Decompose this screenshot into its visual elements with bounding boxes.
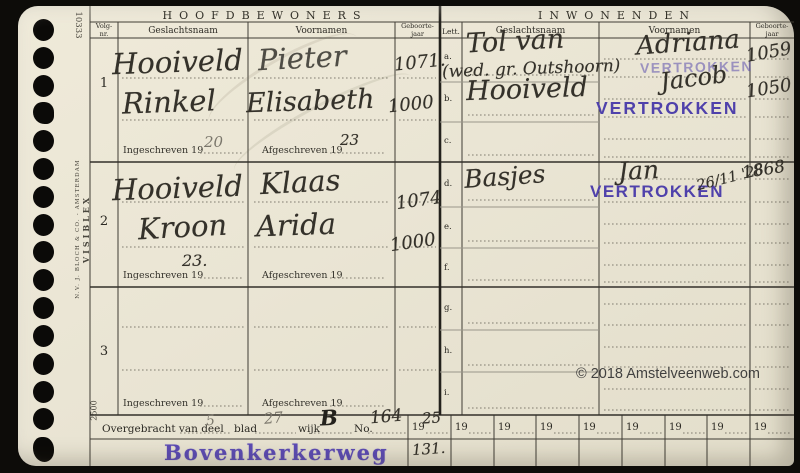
firstname-entry: Arida	[256, 210, 337, 242]
year-cell-prefix: 19	[711, 422, 724, 433]
afgeschreven-label: Afgeschreven 19	[262, 270, 343, 281]
birthyear-entry: 1000	[387, 94, 434, 117]
column-header-lett: Lett.	[439, 27, 463, 36]
year-cell-prefix: 19	[583, 422, 596, 433]
surname-entry: Basjes	[463, 161, 546, 192]
letter-label: h.	[444, 346, 452, 356]
afgeschreven-label: Afgeschreven 19	[262, 145, 343, 156]
surname-entry: Hooiveld	[112, 46, 244, 80]
blad-label: blad	[234, 423, 257, 435]
ingeschreven-year-entry: 23.	[182, 253, 207, 269]
surname-entry: Tol van	[465, 25, 564, 57]
surname-entry: Kroon	[137, 211, 228, 245]
column-header-geboortejaar: Geboorte-jaar	[395, 23, 440, 38]
year-cell-prefix: 19	[754, 422, 767, 433]
no-entry: 164	[369, 408, 403, 428]
firstname-entry: Jan	[617, 157, 659, 184]
section-title-inwonenden: INWONENDEN	[440, 9, 794, 22]
letter-label: f.	[444, 263, 450, 273]
ingeschreven-label: Ingeschreven 19	[123, 270, 203, 281]
wijk-label: wijk	[298, 423, 320, 435]
letter-label: c.	[444, 136, 451, 146]
ingeschreven-label: Ingeschreven 19	[123, 398, 203, 409]
ingeschreven-year-entry: 20	[204, 135, 223, 150]
street-name-stamp: Bovenkerkerweg	[164, 440, 389, 465]
surname-entry: Hooiveld	[466, 74, 589, 105]
letter-label: e.	[444, 222, 452, 232]
vertrokken-stamp: VERTROKKEN	[596, 100, 739, 118]
column-header-voornamen: Voornamen	[248, 26, 395, 36]
registration-card: 10333 N.V. J. BLOCH & CO. - AMSTERDAM VI…	[18, 6, 794, 466]
year-cell-prefix: 19	[498, 422, 511, 433]
letter-label: i.	[444, 388, 449, 398]
firstname-entry: Pieter	[257, 42, 347, 76]
afgeschreven-year-entry: 23	[340, 133, 359, 148]
year-cell-prefix: 19	[455, 422, 468, 433]
column-header-geboortejaar-inwonenden: Geboorte-jaar	[750, 23, 794, 38]
year-cell-prefix: 19	[626, 422, 639, 433]
column-header-volgnr: Volg-nr.	[90, 23, 118, 38]
row-number: 2	[90, 214, 118, 229]
copyright-watermark: © 2018 Amstelveenweb.com	[576, 366, 760, 382]
firstname-entry: Klaas	[259, 166, 341, 199]
wijk-entry: B	[319, 407, 338, 429]
house-number-entry: 131.	[412, 441, 446, 458]
letter-label: a.	[444, 52, 452, 62]
year-entry: 25	[422, 410, 442, 426]
surname-entry: Rinkel	[122, 86, 217, 118]
year-cell-prefix: 19	[669, 422, 682, 433]
letter-label: g.	[444, 303, 452, 313]
blad-entry: 27	[263, 410, 283, 427]
row-number: 3	[90, 344, 118, 359]
year-cell-prefix: 19	[540, 422, 553, 433]
letter-label: b.	[444, 94, 452, 104]
letter-label: d.	[444, 179, 452, 189]
ingeschreven-label: Ingeschreven 19	[123, 145, 203, 156]
scanned-register-card-photo: 10333 N.V. J. BLOCH & CO. - AMSTERDAM VI…	[0, 0, 800, 473]
firstname-entry: Adriana	[635, 26, 740, 59]
section-title-hoofdbewoners: HOOFDBEWONERS	[90, 9, 440, 22]
deel-entry: 5	[205, 414, 215, 429]
column-header-geslachtsnaam: Geslachtsnaam	[118, 26, 248, 36]
firstname-entry: Elisabeth	[246, 86, 375, 117]
surname-entry: Hooiveld	[112, 172, 244, 206]
